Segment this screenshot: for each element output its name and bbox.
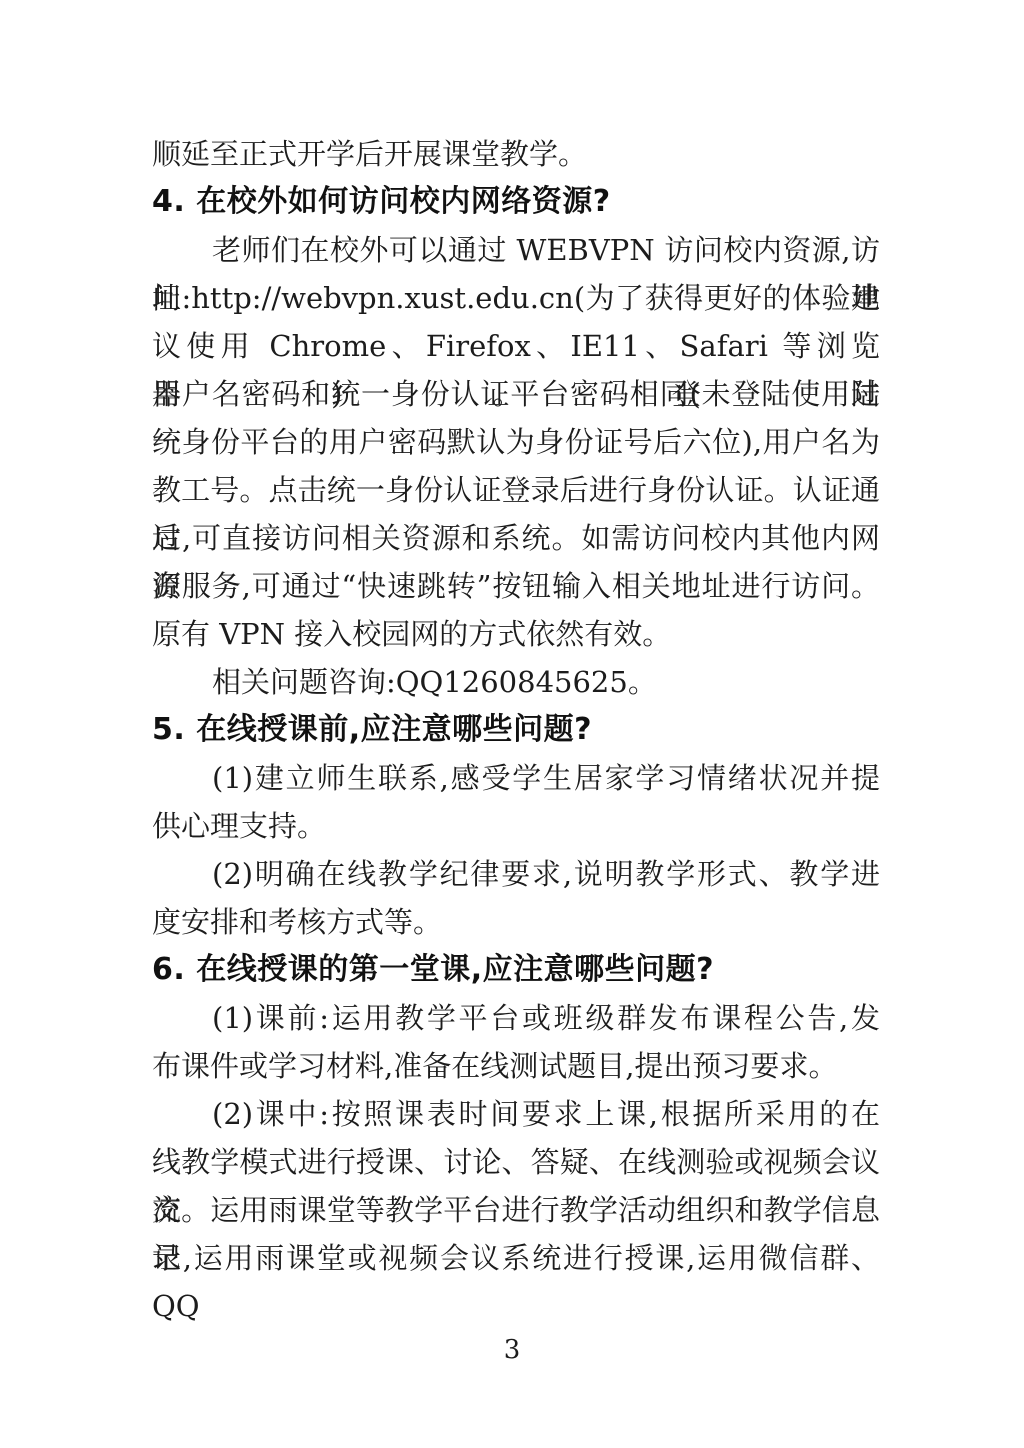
paragraph-line: 一身份平台的用户密码默认为身份证号后六位),用户名为 [152, 418, 880, 466]
paragraph-line: 流。运用雨课堂等教学平台进行教学活动组织和教学信息记 [152, 1186, 880, 1234]
paragraph-line: 教工号。点击统一身份认证登录后进行身份认证。认证通过 [152, 466, 880, 514]
paragraph-line: 议使用 Chrome、Firefox、IE11、Safari 等浏览器)。登陆 [152, 322, 880, 370]
paragraph-line: (2)课中:按照课表时间要求上课,根据所采用的在 [152, 1090, 880, 1138]
document-page: 顺延至正式开学后开展课堂教学。 4. 在校外如何访问校内网络资源? 老师们在校外… [0, 0, 1024, 1448]
paragraph-line: 老师们在校外可以通过 WEBVPN 访问校内资源,访问地 [152, 226, 880, 274]
paragraph-line: 用户名密码和统一身份认证平台密码相同(未登陆使用过统 [152, 370, 880, 418]
paragraph-line: 线教学模式进行授课、讨论、答疑、在线测验或视频会议交 [152, 1138, 880, 1186]
section-heading-5: 5. 在线授课前,应注意哪些问题? [152, 706, 880, 754]
paragraph-line: (1)课前:运用教学平台或班级群发布课程公告,发 [152, 994, 880, 1042]
paragraph-line: 相关问题咨询:QQ1260845625。 [152, 658, 880, 706]
paragraph-line: 址:http://webvpn.xust.edu.cn(为了获得更好的体验建 [152, 274, 880, 322]
section-heading-4: 4. 在校外如何访问校内网络资源? [152, 178, 880, 226]
paragraph-line: 录,运用雨课堂或视频会议系统进行授课,运用微信群、QQ [152, 1234, 880, 1282]
paragraph-line: (2)明确在线教学纪律要求,说明教学形式、教学进 [152, 850, 880, 898]
paragraph-line: 顺延至正式开学后开展课堂教学。 [152, 130, 880, 178]
paragraph-line: 布课件或学习材料,准备在线测试题目,提出预习要求。 [152, 1042, 880, 1090]
paragraph-line: (1)建立师生联系,感受学生居家学习情绪状况并提 [152, 754, 880, 802]
paragraph-line: 供心理支持。 [152, 802, 880, 850]
page-number: 3 [0, 1334, 1024, 1366]
paragraph-line: 原有 VPN 接入校园网的方式依然有效。 [152, 610, 880, 658]
paragraph-line: 度安排和考核方式等。 [152, 898, 880, 946]
paragraph-line: 源服务,可通过“快速跳转”按钮输入相关地址进行访问。 [152, 562, 880, 610]
paragraph-line: 后,可直接访问相关资源和系统。如需访问校内其他内网资 [152, 514, 880, 562]
section-heading-6: 6. 在线授课的第一堂课,应注意哪些问题? [152, 946, 880, 994]
page-content: 顺延至正式开学后开展课堂教学。 4. 在校外如何访问校内网络资源? 老师们在校外… [152, 130, 880, 1282]
